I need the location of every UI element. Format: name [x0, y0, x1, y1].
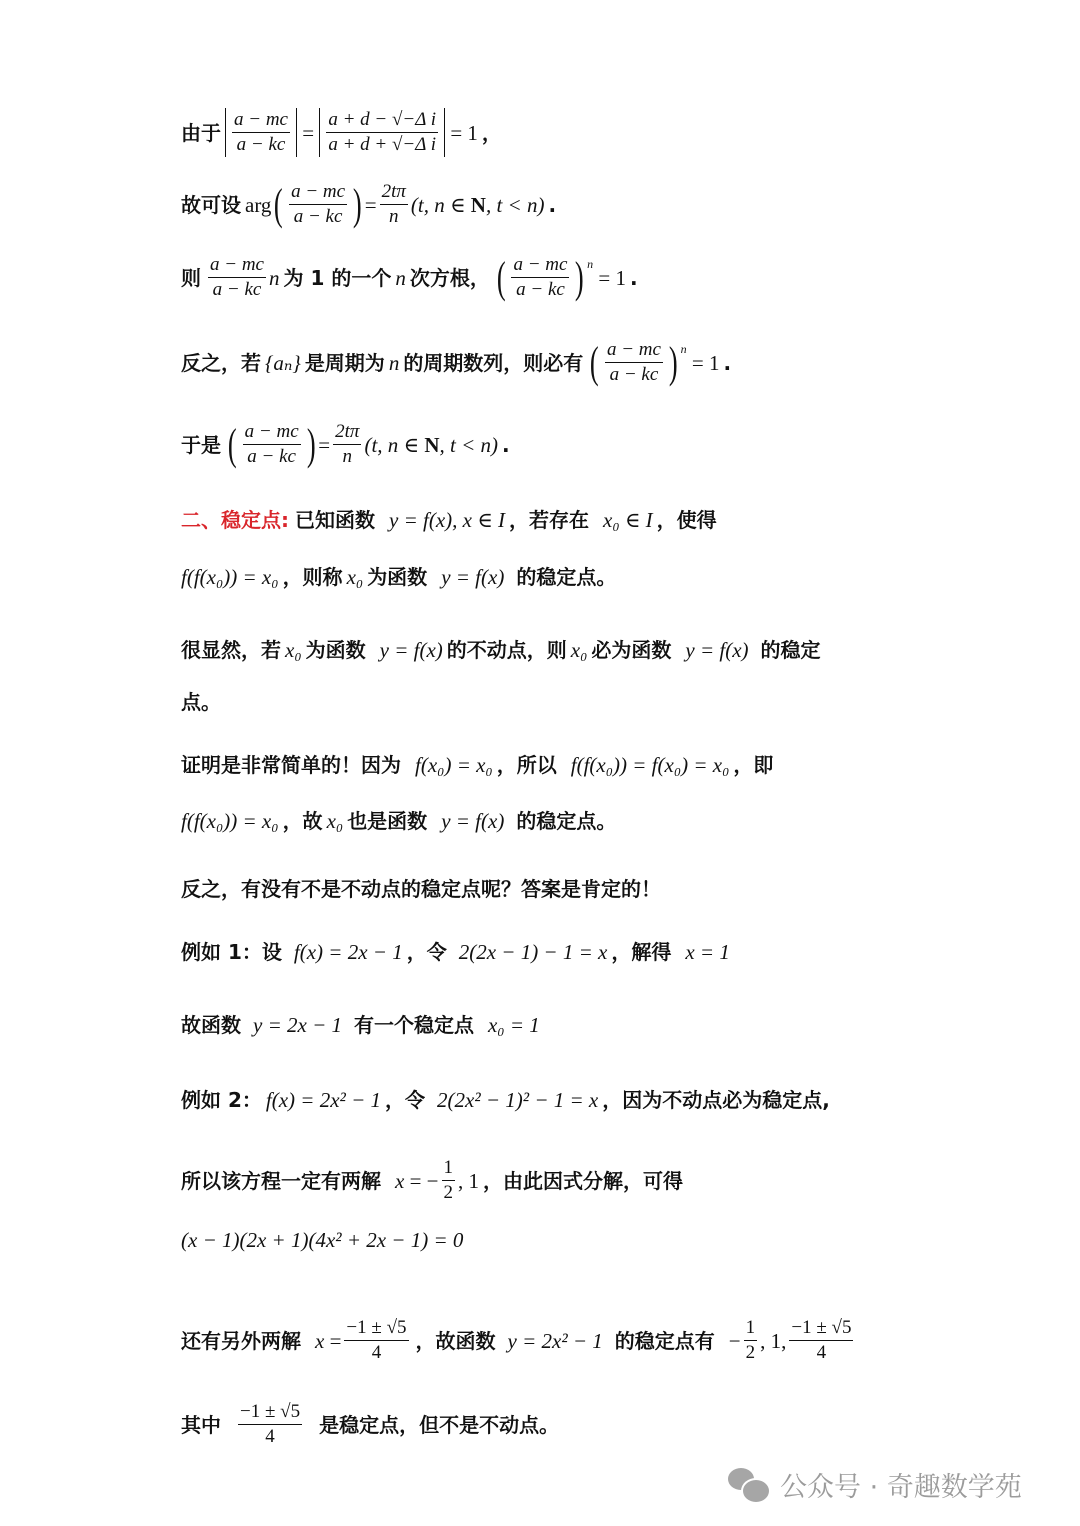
text: ，令 — [407, 938, 447, 966]
text: 的稳定 — [761, 636, 821, 664]
wechat-icon — [728, 1468, 768, 1502]
text: ，故函数 — [416, 1327, 496, 1355]
math: x₀ — [285, 636, 302, 664]
para-obvious: 很显然，若 x₀ 为函数 y = f(x) 的不动点，则 x₀ 必为函数 y =… — [181, 636, 821, 664]
math: (x − 1)(2x + 1)(4x² + 2x − 1) = 0 — [181, 1226, 463, 1254]
math-fraction: −1 ± √54 — [235, 1400, 305, 1449]
text: 的稳定点。 — [516, 807, 616, 835]
text: 也是函数 — [347, 807, 427, 835]
math: f(x) = 2x − 1 — [294, 938, 403, 966]
line-arg: 故可设 arg(a − mca − kc)=2tπn(t, n ∈ N, t <… — [181, 180, 556, 229]
text: ，故 — [283, 807, 323, 835]
text: 由于 — [181, 119, 221, 147]
math: y = f(x) — [441, 563, 504, 591]
text: 的稳定点有 — [615, 1327, 715, 1355]
text: 是周期为 — [305, 349, 385, 377]
text: 很显然，若 — [181, 636, 281, 664]
text: 为函数 — [306, 636, 366, 664]
math-sequence: {aₙ} — [265, 349, 301, 377]
punct: . — [630, 264, 638, 292]
text: 所以该方程一定有两解 — [181, 1167, 381, 1195]
text: ，即 — [733, 751, 773, 779]
text: 反之，若 — [181, 349, 261, 377]
math: y = f(x) — [685, 636, 748, 664]
math: 2(2x² − 1)² − 1 = x — [437, 1086, 598, 1114]
math: 2(2x − 1) − 1 = x — [459, 938, 608, 966]
math: f(x₀) = x₀ — [415, 751, 493, 779]
text: 还有另外两解 — [181, 1327, 301, 1355]
math-arg-equation: arg(a − mca − kc)=2tπn(t, n ∈ N, t < n) — [245, 180, 544, 229]
text: ，则称 — [283, 563, 343, 591]
punct: . — [548, 191, 556, 219]
punct: ， — [482, 119, 502, 147]
math: f(f(x₀)) = x₀ — [181, 807, 279, 835]
text: 的不动点，则 — [447, 636, 567, 664]
math: y = f(x) — [441, 807, 504, 835]
punct: . — [502, 431, 510, 459]
text: 次方根， — [410, 264, 490, 292]
text: 的周期数列，则必有 — [403, 349, 583, 377]
example-2-final: 其中 −1 ± √54 是稳定点，但不是不动点。 — [181, 1400, 559, 1449]
text: 故可设 — [181, 191, 241, 219]
text: ，使得 — [657, 506, 717, 534]
math-solutions: x = −12, 1 — [395, 1156, 479, 1205]
math: x₀ — [571, 636, 588, 664]
proof-line-1: 证明是非常简单的！因为 f(x₀) = x₀ ，所以 f(f(x₀)) = f(… — [181, 751, 773, 779]
proof-line-2: f(f(x₀)) = x₀ ，故 x₀ 也是函数 y = f(x) 的稳定点。 — [181, 807, 616, 835]
text: ，令 — [385, 1086, 425, 1114]
math-solutions: x =−1 ± √54 — [315, 1316, 412, 1365]
text: 故函数 — [181, 1011, 241, 1039]
math: x = 1 — [685, 938, 730, 966]
math-fraction: a − mca − kcn — [205, 253, 279, 302]
text: 为 1 的一个 — [283, 264, 391, 292]
math: y = 2x² − 1 — [508, 1327, 603, 1355]
math-power-equation: (a − mca − kc)n = 1 — [587, 338, 719, 387]
watermark-text: 公众号 · 奇趣数学苑 — [780, 1465, 1022, 1504]
math: x₀ — [347, 563, 364, 591]
math: y = f(x) — [380, 636, 443, 664]
math-modulus-equation: a − mca − kc = a + d − √−Δ ia + d + √−Δ … — [225, 108, 478, 157]
math-power-equation: (a − mca − kc)n = 1 — [494, 253, 626, 302]
math: x₀ — [327, 807, 344, 835]
math: y = 2x − 1 — [253, 1011, 342, 1039]
text: 则 — [181, 264, 201, 292]
math: x₀ = 1 — [488, 1011, 540, 1039]
math: f(f(x₀)) = f(x₀) = x₀ — [571, 751, 730, 779]
math-stable-points: −12, 1,−1 ± √54 — [729, 1316, 857, 1365]
text: ，因为不动点必为稳定点, — [602, 1086, 830, 1114]
line-therefore: 于是 (a − mca − kc)=2tπn(t, n ∈ N, t < n) … — [181, 420, 510, 469]
text: 例如 2： — [181, 1086, 262, 1114]
line-modulus: 由于 a − mca − kc = a + d − √−Δ ia + d + √… — [181, 108, 502, 157]
text: 必为函数 — [591, 636, 671, 664]
text: 点。 — [181, 688, 221, 716]
math-result: (a − mca − kc)=2tπn(t, n ∈ N, t < n) — [225, 420, 498, 469]
text: 于是 — [181, 431, 221, 459]
watermark: 公众号 · 奇趣数学苑 — [728, 1465, 1022, 1504]
punct: . — [723, 349, 731, 377]
line-nth-root: 则 a − mca − kcn 为 1 的一个 n 次方根， (a − mca … — [181, 253, 638, 302]
factorization: (x − 1)(2x + 1)(4x² + 2x − 1) = 0 — [181, 1226, 467, 1254]
math-n: n — [389, 349, 400, 377]
text: 其中 — [181, 1411, 221, 1439]
example-2-two-solutions: 所以该方程一定有两解 x = −12, 1 ，由此因式分解，可得 — [181, 1156, 683, 1205]
text: ，解得 — [611, 938, 671, 966]
math-n: n — [395, 264, 406, 292]
definition-line-2: f(f(x₀)) = x₀ ，则称 x₀ 为函数 y = f(x) 的稳定点。 — [181, 563, 616, 591]
example-2-other-solutions: 还有另外两解 x =−1 ± √54 ，故函数 y = 2x² − 1 的稳定点… — [181, 1316, 860, 1365]
math: y = f(x), x ∈ I — [389, 506, 505, 534]
para-obvious-cont: 点。 — [181, 688, 221, 716]
text: 的稳定点。 — [516, 563, 616, 591]
math: x₀ ∈ I — [603, 506, 653, 534]
text: ，若存在 — [509, 506, 589, 534]
text: 证明是非常简单的！因为 — [181, 751, 401, 779]
math: f(f(x₀)) = x₀ — [181, 563, 279, 591]
math: f(x) = 2x² − 1 — [266, 1086, 381, 1114]
example-1: 例如 1：设 f(x) = 2x − 1 ，令 2(2x − 1) − 1 = … — [181, 938, 734, 966]
text: 已知函数 — [295, 506, 375, 534]
line-periodic: 反之，若 {aₙ} 是周期为 n 的周期数列，则必有 (a − mca − kc… — [181, 338, 731, 387]
section-heading: 二、稳定点: — [181, 506, 289, 534]
text: 为函数 — [367, 563, 427, 591]
text: 是稳定点，但不是不动点。 — [319, 1411, 559, 1439]
text: ，由此因式分解，可得 — [483, 1167, 683, 1195]
text: 有一个稳定点 — [354, 1011, 474, 1039]
example-2: 例如 2： f(x) = 2x² − 1 ，令 2(2x² − 1)² − 1 … — [181, 1086, 830, 1114]
text: 反之，有没有不是不动点的稳定点呢？答案是肯定的！ — [181, 875, 661, 903]
text: 例如 1：设 — [181, 938, 282, 966]
question: 反之，有没有不是不动点的稳定点呢？答案是肯定的！ — [181, 875, 661, 903]
definition-line-1: 二、稳定点: 已知函数 y = f(x), x ∈ I ，若存在 x₀ ∈ I … — [181, 506, 717, 534]
text: ，所以 — [497, 751, 557, 779]
example-1-conclusion: 故函数 y = 2x − 1 有一个稳定点 x₀ = 1 — [181, 1011, 544, 1039]
